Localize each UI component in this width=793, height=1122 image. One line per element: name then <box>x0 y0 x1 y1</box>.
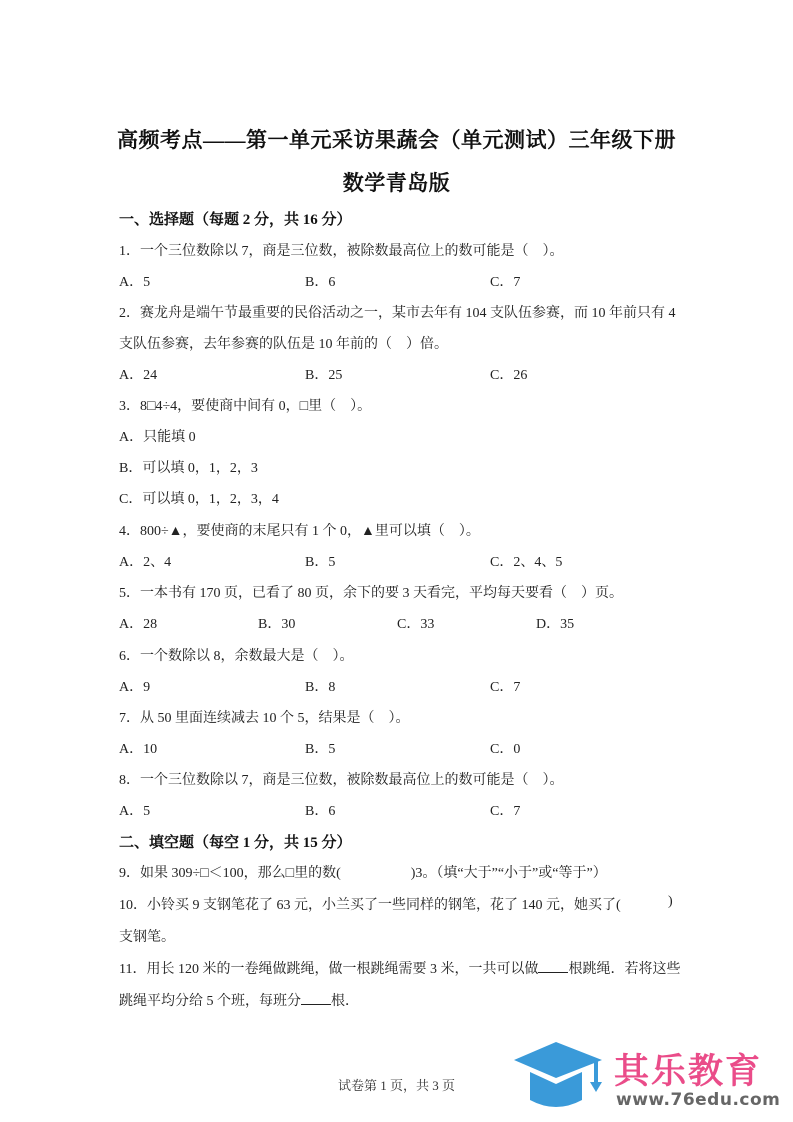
q4-option-c: C．2、4、5 <box>490 551 562 571</box>
exam-page: 高频考点——第一单元采访果蔬会（单元测试）三年级下册 数学青岛版 一、选择题（每… <box>0 0 793 1122</box>
q11-text-d: 根． <box>331 994 359 1009</box>
q11-text-b: 根跳绳．若将这些 <box>568 962 680 977</box>
document-subtitle: 数学青岛版 <box>0 167 793 197</box>
q2-option-c: C．26 <box>490 364 527 384</box>
question-8: 8．一个三位数除以 7，商是三位数，被除数最高位上的数可能是（ ）。 <box>119 769 564 789</box>
question-3: 3．8□4÷4，要使商中间有 0，□里（ ）。 <box>119 395 371 415</box>
q5-option-c: C．33 <box>397 613 434 633</box>
q8-option-c: C．7 <box>490 800 520 820</box>
q2-option-b: B．25 <box>305 364 342 384</box>
q1-option-b: B．6 <box>305 271 335 291</box>
question-10-paren-close: ) <box>668 894 673 910</box>
q5-option-b: B．30 <box>258 613 295 633</box>
question-1: 1．一个三位数除以 7，商是三位数，被除数最高位上的数可能是（ ）。 <box>119 240 564 260</box>
q3-option-c: C．可以填 0，1，2，3，4 <box>119 488 279 508</box>
q4-option-a: A．2、4 <box>119 551 171 571</box>
q4-option-b: B．5 <box>305 551 335 571</box>
question-11-line2: 跳绳平均分给 5 个班，每班分根． <box>119 990 359 1010</box>
question-7: 7．从 50 里面连续减去 10 个 5，结果是（ ）。 <box>119 707 410 727</box>
question-9: 9．如果 309÷□＜100，那么□里的数( )3。（填“大于”“小于”或“等于… <box>119 862 607 882</box>
q5-option-d: D．35 <box>536 613 574 633</box>
watermark-logo: 其乐教育 www.76edu.com <box>510 1038 790 1116</box>
q2-option-a: A．24 <box>119 364 157 384</box>
graduation-cap-icon <box>510 1038 606 1114</box>
q8-option-b: B．6 <box>305 800 335 820</box>
q11-text-c: 跳绳平均分给 5 个班，每班分 <box>119 994 301 1009</box>
q7-option-a: A．10 <box>119 738 157 758</box>
section-heading-choice: 一、选择题（每题 2 分，共 16 分） <box>119 208 352 229</box>
q1-option-a: A．5 <box>119 271 150 291</box>
watermark-brand: 其乐教育 <box>614 1044 762 1094</box>
q5-option-a: A．28 <box>119 613 157 633</box>
q7-option-b: B．5 <box>305 738 335 758</box>
question-5: 5．一本书有 170 页，已看了 80 页，余下的要 3 天看完，平均每天要看（… <box>119 582 623 602</box>
question-11-line1: 11．用长 120 米的一卷绳做跳绳，做一根跳绳需要 3 米，一共可以做根跳绳．… <box>119 958 680 978</box>
document-title: 高频考点——第一单元采访果蔬会（单元测试）三年级下册 <box>0 124 793 154</box>
watermark-url: www.76edu.com <box>616 1090 780 1110</box>
question-2-line1: 2．赛龙舟是端午节最重要的民俗活动之一，某市去年有 104 支队伍参赛，而 10… <box>119 302 676 322</box>
q6-option-b: B．8 <box>305 676 335 696</box>
q1-option-c: C．7 <box>490 271 520 291</box>
q11-text-a: 11．用长 120 米的一卷绳做跳绳，做一根跳绳需要 3 米，一共可以做 <box>119 962 538 977</box>
section-heading-fill: 二、填空题（每空 1 分，共 15 分） <box>119 831 352 852</box>
question-10-line1: 10．小铃买 9 支钢笔花了 63 元，小兰买了一些同样的钢笔，花了 140 元… <box>119 894 621 914</box>
q11-blank-1 <box>538 960 568 973</box>
q3-option-a: A．只能填 0 <box>119 426 196 446</box>
q3-option-b: B．可以填 0，1，2，3 <box>119 457 258 477</box>
question-6: 6．一个数除以 8，余数最大是（ ）。 <box>119 645 354 665</box>
question-2-line2: 支队伍参赛，去年参赛的队伍是 10 年前的（ ）倍。 <box>119 333 448 353</box>
q6-option-a: A．9 <box>119 676 150 696</box>
question-4: 4．800÷▲，要使商的末尾只有 1 个 0，▲里可以填（ ）。 <box>119 520 480 540</box>
q7-option-c: C．0 <box>490 738 520 758</box>
q8-option-a: A．5 <box>119 800 150 820</box>
q11-blank-2 <box>301 992 331 1005</box>
question-10-line2: 支钢笔。 <box>119 926 175 946</box>
q6-option-c: C．7 <box>490 676 520 696</box>
